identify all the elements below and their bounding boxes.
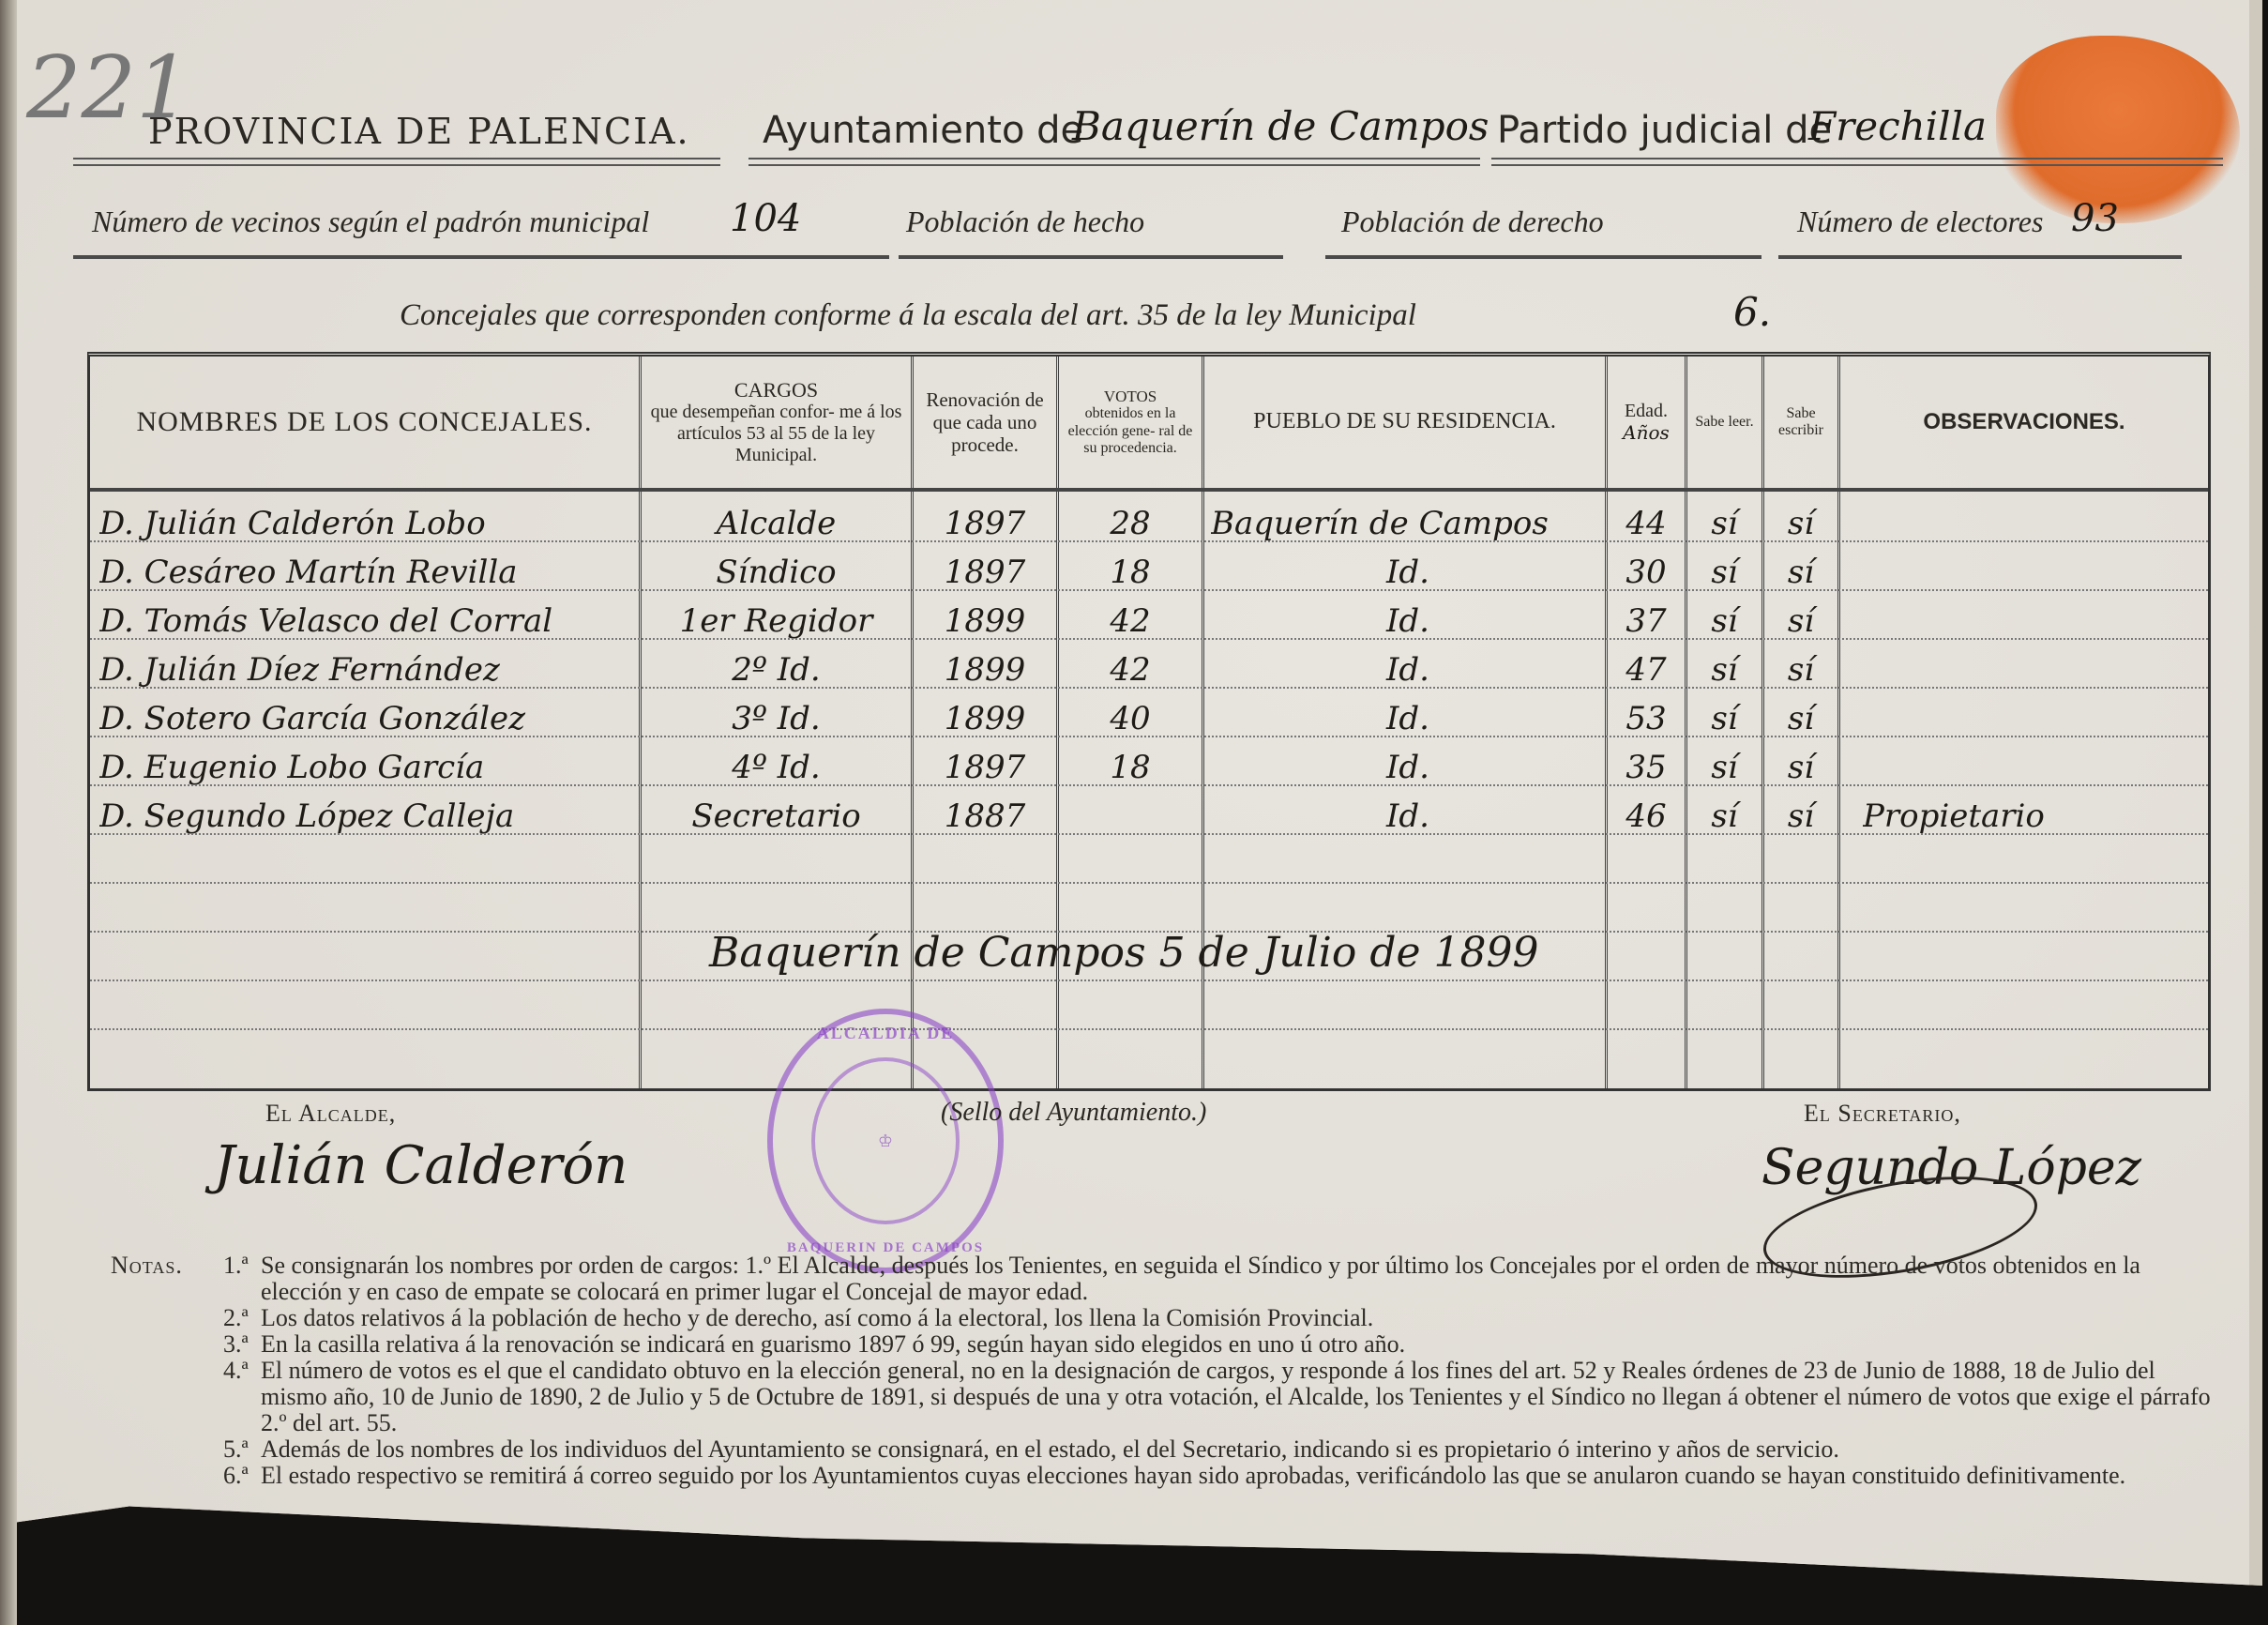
table-row: D. Sotero García González 3º Id. 1899 40… — [90, 689, 2208, 737]
electores-label: Número de electores — [1797, 205, 2043, 239]
header-cargos-title: CARGOS — [734, 378, 818, 402]
note-number: 2.ª — [223, 1305, 249, 1331]
note-text: Se consignarán los nombres por orden de … — [261, 1252, 2140, 1305]
rule — [1325, 255, 1761, 259]
rule — [1491, 158, 2223, 166]
partido-value: Frechilla — [1808, 103, 1987, 149]
note-item: 6.ªEl estado respectivo se remitirá á co… — [111, 1463, 2221, 1489]
header-cargos-sub: que desempeñan confor- me á los artículo… — [642, 402, 911, 466]
table-row: D. Cesáreo Martín Revilla Síndico 1897 1… — [90, 542, 2208, 591]
rule — [748, 158, 1480, 166]
table-row: D. Tomás Velasco del Corral 1er Regidor … — [90, 591, 2208, 640]
ayuntamiento-value: Baquerín de Campos — [1072, 103, 1489, 149]
header-nombres: NOMBRES DE LOS CONCEJALES. — [90, 357, 639, 488]
stamp-text-top: ALCALDIA DE — [817, 1024, 955, 1043]
note-item: 1.ªSe consignarán los nombres por orden … — [111, 1253, 2221, 1305]
coat-of-arms-icon: ♔ — [811, 1057, 960, 1224]
note-item: 2.ªLos datos relativos á la población de… — [111, 1305, 2221, 1331]
table-row: D. Julián Calderón Lobo Alcalde 1897 28 … — [90, 494, 2208, 542]
vecinos-value: 104 — [730, 197, 801, 240]
notes-section: Notas. 1.ªSe consignarán los nombres por… — [111, 1253, 2221, 1489]
note-text: Además de los nombres de los individuos … — [261, 1435, 1839, 1463]
header-edad: Edad. Años — [1608, 357, 1685, 488]
note-item: 4.ªEl número de votos es el que el candi… — [111, 1358, 2221, 1436]
note-number: 5.ª — [223, 1436, 249, 1463]
ayuntamiento-label: Ayuntamiento de — [763, 109, 1083, 152]
table-row: D. Julián Díez Fernández 2º Id. 1899 42 … — [90, 640, 2208, 689]
secretario-label: El Secretario, — [1804, 1100, 1961, 1128]
poblacion-hecho-label: Población de hecho — [906, 205, 1144, 239]
rule — [73, 158, 720, 166]
partido-label: Partido judicial de — [1497, 109, 1832, 152]
table-row: D. Segundo López Calleja Secretario 1887… — [90, 786, 2208, 835]
header-cargos: CARGOS que desempeñan confor- me á los a… — [642, 357, 911, 488]
alcalde-signature: Julián Calderón — [214, 1135, 627, 1196]
wax-seal — [1996, 36, 2240, 223]
header-observaciones: OBSERVACIONES. — [1840, 357, 2208, 488]
rule — [1778, 255, 2182, 259]
rule — [73, 255, 889, 259]
header-renovacion: Renovación de que cada uno procede. — [914, 357, 1056, 488]
header-votos-title: VOTOS — [1104, 387, 1157, 406]
note-number: 4.ª — [223, 1358, 249, 1384]
note-text: Los datos relativos á la población de he… — [261, 1304, 1373, 1331]
concejales-table: NOMBRES DE LOS CONCEJALES. CARGOS que de… — [87, 352, 2211, 1091]
document-page: 221 PROVINCIA DE PALENCIA. Ayuntamiento … — [17, 0, 2262, 1586]
note-number: 3.ª — [223, 1331, 249, 1358]
header-pueblo: PUEBLO DE SU RESIDENCIA. — [1204, 357, 1605, 488]
header-votos: VOTOS obtenidos en la elección gene- ral… — [1059, 357, 1202, 488]
note-number: 6.ª — [223, 1463, 249, 1489]
vecinos-label: Número de vecinos según el padrón munici… — [92, 205, 649, 239]
header-sabe-leer: Sabe leer. — [1687, 357, 1761, 488]
alcalde-label: El Alcalde, — [265, 1100, 396, 1128]
header-votos-sub: obtenidos en la elección gene- ral de su… — [1065, 405, 1196, 457]
electores-value: 93 — [2071, 197, 2119, 240]
municipal-stamp: ALCALDIA DE ♔ BAQUERIN DE CAMPOS — [767, 1009, 1004, 1273]
concejales-value: 6. — [1733, 289, 1771, 335]
table-row: D. Eugenio Lobo García 4º Id. 1897 18 Id… — [90, 737, 2208, 786]
note-item: 3.ªEn la casilla relativa á la renovació… — [111, 1331, 2221, 1358]
header-edad-label: Edad. — [1625, 401, 1668, 422]
sello-label: (Sello del Ayuntamiento.) — [941, 1098, 1206, 1128]
book-binding — [0, 0, 17, 1625]
note-text: El número de votos es el que el candidat… — [261, 1357, 2211, 1436]
province-title: PROVINCIA DE PALENCIA. — [148, 111, 690, 152]
date-line: Baquerín de Campos 5 de Julio de 1899 — [709, 929, 1539, 977]
concejales-label: Concejales que corresponden conforme á l… — [400, 298, 1416, 333]
rule — [899, 255, 1283, 259]
header-sabe-escribir: Sabe escribir — [1764, 357, 1837, 488]
note-item: 5.ªAdemás de los nombres de los individu… — [111, 1436, 2221, 1463]
note-text: El estado respectivo se remitirá á corre… — [261, 1462, 2125, 1489]
note-text: En la casilla relativa á la renovación s… — [261, 1330, 1405, 1358]
note-number: 1.ª — [223, 1253, 249, 1279]
poblacion-derecho-label: Población de derecho — [1341, 205, 1604, 239]
header-edad-note: Años — [1623, 422, 1670, 444]
